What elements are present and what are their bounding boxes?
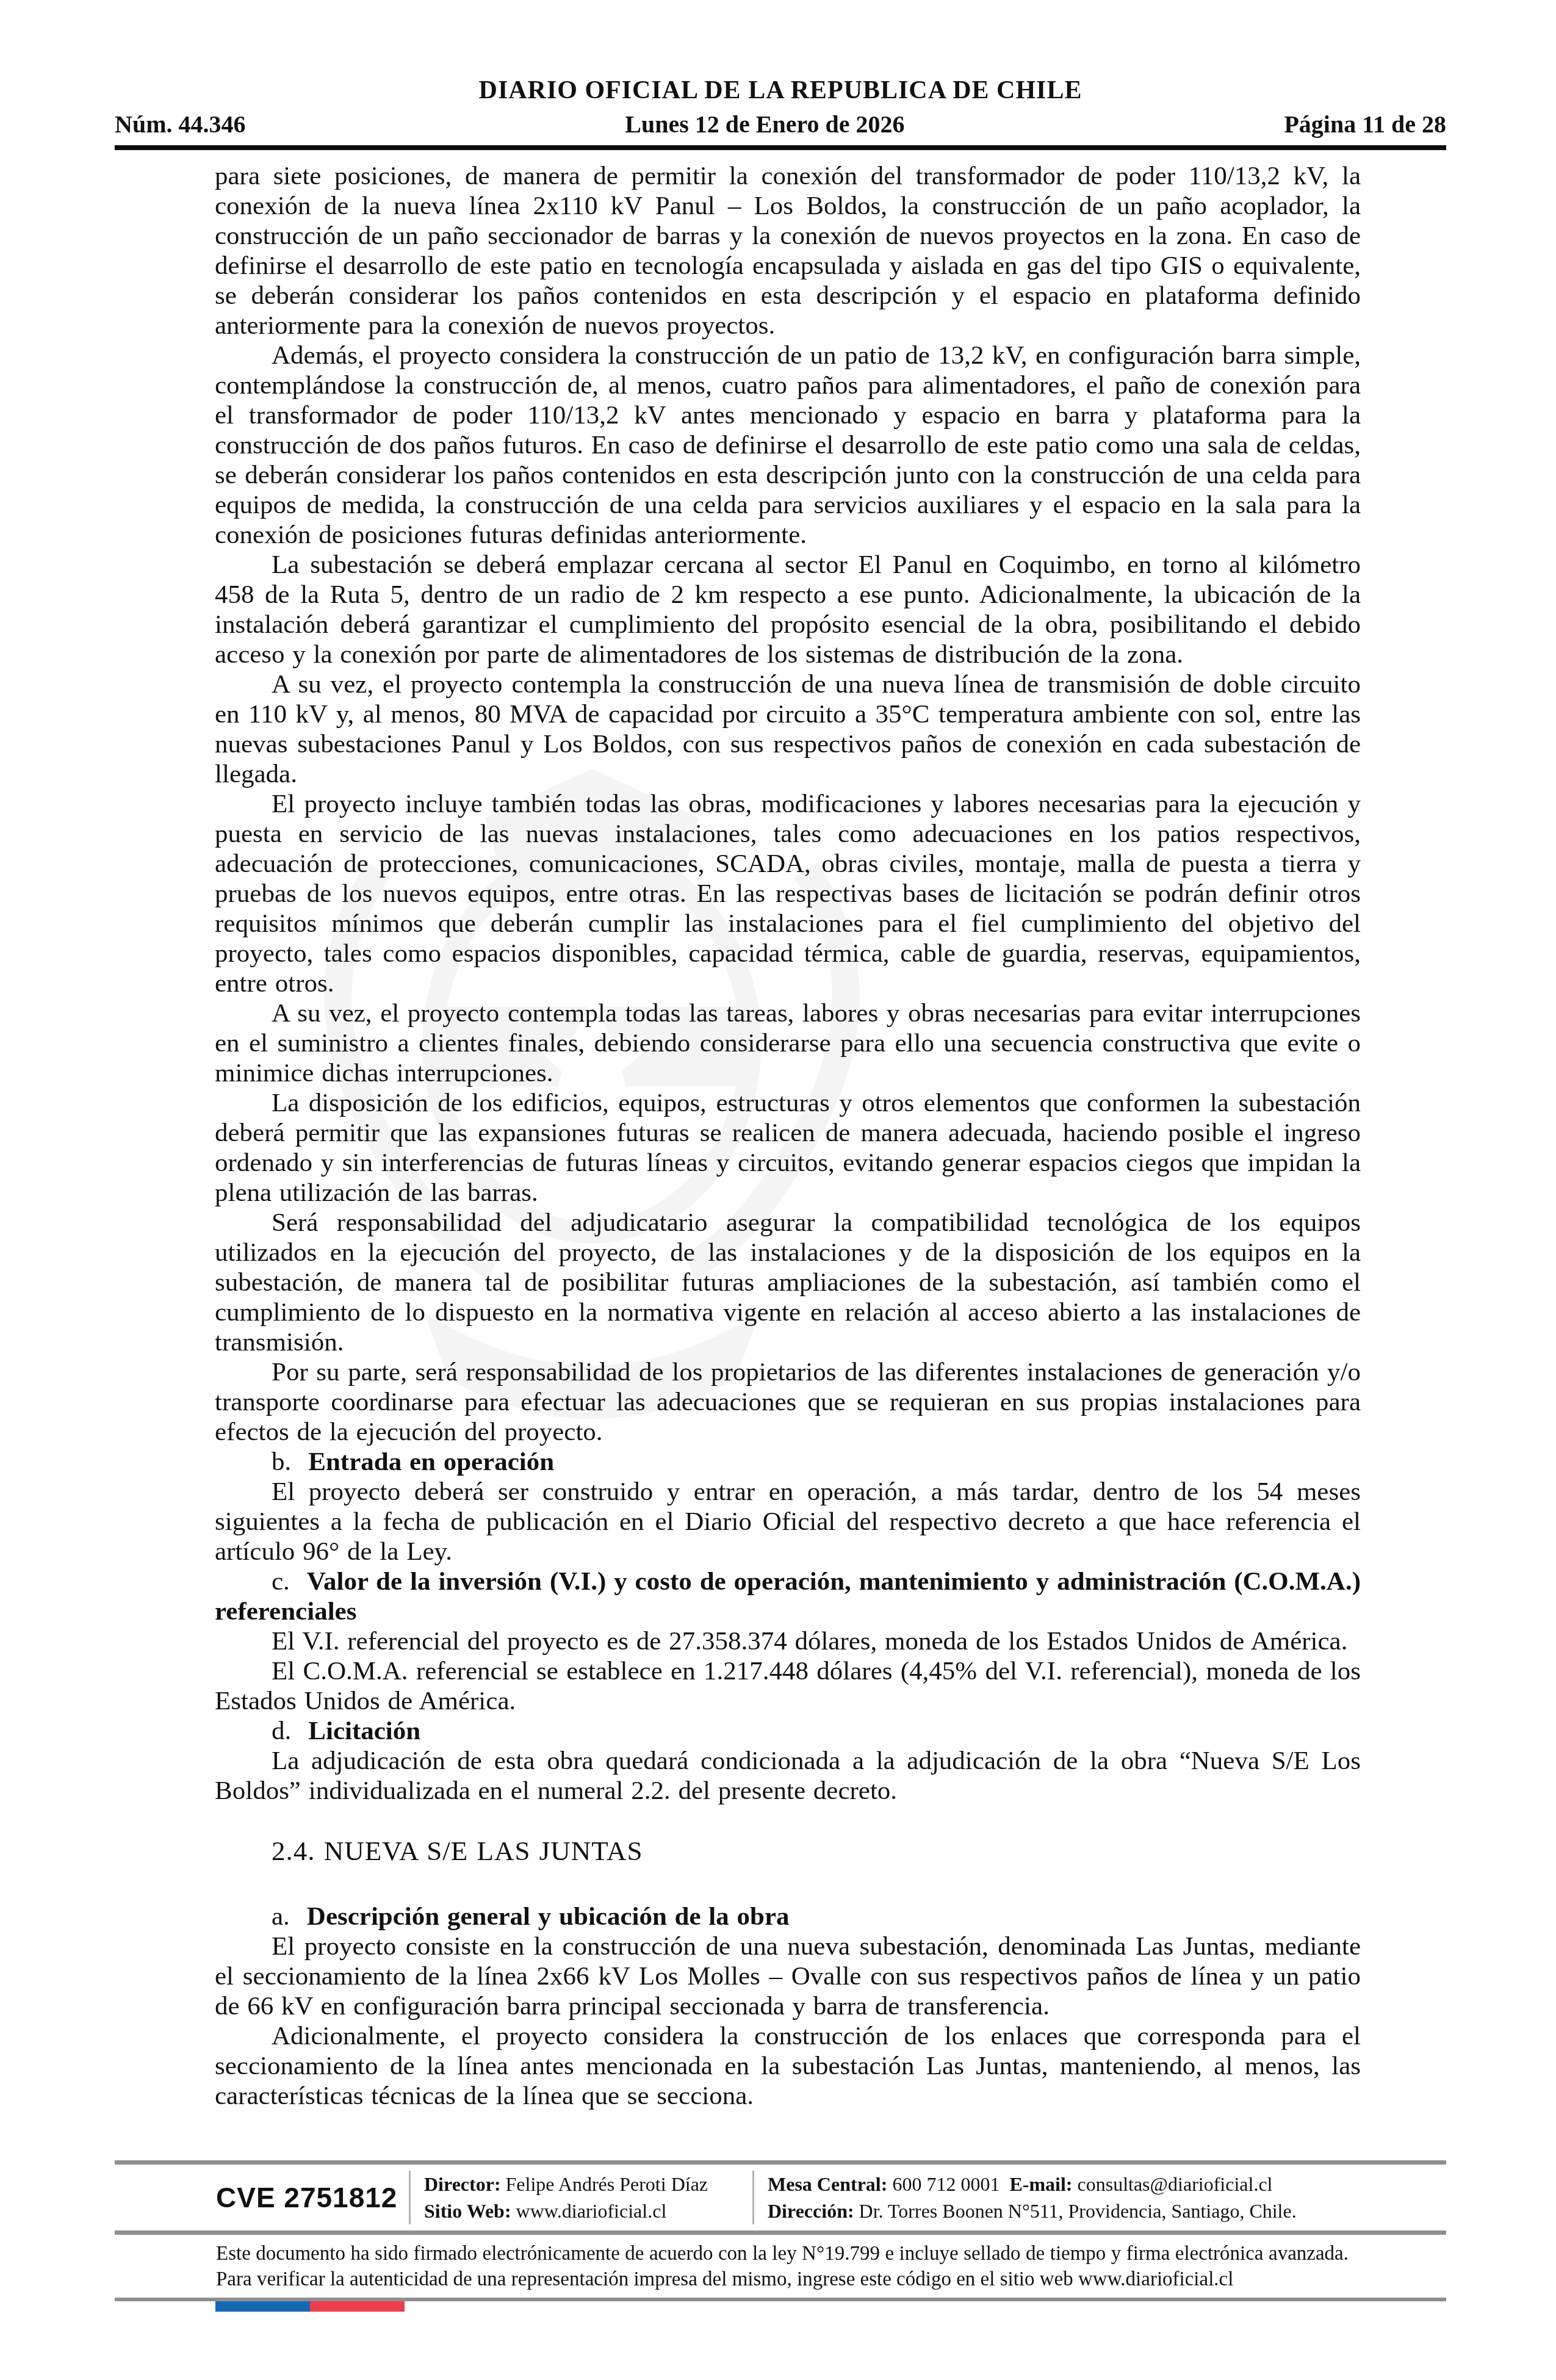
director-line: Director: Felipe Andrés Peroti Díaz — [424, 2171, 752, 2198]
heading-title: Descripción general y ubicación de la ob… — [307, 1902, 790, 1931]
heading-title: Entrada en operación — [308, 1448, 554, 1476]
phone-label: Mesa Central: — [768, 2173, 887, 2195]
footer-info-row: CVE 2751812 Director: Felipe Andrés Pero… — [115, 2165, 1446, 2230]
heading-letter: b. — [272, 1448, 291, 1476]
body-paragraph: La subestación se deberá emplazar cercan… — [215, 550, 1361, 669]
section-heading-2-4: 2.4. NUEVA S/E LAS JUNTAS — [215, 1836, 1361, 1866]
website-label: Sitio Web: — [424, 2200, 511, 2222]
footer-divider-middle — [115, 2230, 1446, 2235]
body-paragraph: A su vez, el proyecto contempla todas la… — [215, 998, 1361, 1088]
email-value: consultas@diarioficial.cl — [1077, 2173, 1272, 2195]
header-divider-rule — [115, 145, 1446, 150]
body-paragraph: A su vez, el proyecto contempla la const… — [215, 669, 1361, 789]
heading-title: Licitación — [308, 1717, 420, 1745]
body-paragraph: El C.O.M.A. referencial se establece en … — [215, 1656, 1361, 1716]
body-paragraph: El proyecto incluye también todas las ob… — [215, 789, 1361, 998]
heading-letter: a. — [272, 1902, 290, 1931]
page-header: DIARIO OFICIAL DE LA REPUBLICA DE CHILE … — [115, 74, 1446, 150]
phone-value: 600 712 0001 — [892, 2173, 1000, 2195]
director-value: Felipe Andrés Peroti Díaz — [506, 2173, 708, 2195]
body-paragraph: El V.I. referencial del proyecto es de 2… — [215, 1626, 1361, 1656]
address-label: Dirección: — [768, 2200, 854, 2222]
email-label: E-mail: — [1009, 2173, 1072, 2195]
subsection-heading-d: d.Licitación — [215, 1716, 1361, 1746]
director-label: Director: — [424, 2173, 501, 2195]
subsection-heading-c: c.Valor de la inversión (V.I.) y costo d… — [215, 1567, 1361, 1626]
body-paragraph: El proyecto deberá ser construido y entr… — [215, 1477, 1361, 1567]
signature-disclaimer: Este documento ha sido firmado electróni… — [216, 2241, 1349, 2292]
body-paragraph: El proyecto consiste en la construcción … — [215, 1931, 1361, 2021]
heading-title: Valor de la inversión (V.I.) y costo de … — [215, 1567, 1361, 1626]
body-paragraph: La disposición de los edificios, equipos… — [215, 1088, 1361, 1208]
body-paragraph: Por su parte, será responsabilidad de lo… — [215, 1357, 1361, 1447]
body-paragraph: para siete posiciones, de manera de perm… — [215, 161, 1361, 341]
body-paragraph: Además, el proyecto considera la constru… — [215, 341, 1361, 550]
issue-number: Núm. 44.346 — [115, 110, 245, 139]
address-line: Dirección: Dr. Torres Boonen N°511, Prov… — [768, 2198, 1446, 2224]
subsection-heading-b: b.Entrada en operación — [215, 1447, 1361, 1477]
address-value: Dr. Torres Boonen N°511, Providencia, Sa… — [859, 2200, 1297, 2222]
document-page: DIARIO OFICIAL DE LA REPUBLICA DE CHILE … — [0, 0, 1556, 2380]
page-footer: CVE 2751812 Director: Felipe Andrés Pero… — [115, 2160, 1446, 2312]
body-paragraph: Será responsabilidad del adjudicatario a… — [215, 1208, 1361, 1357]
masthead-row: Núm. 44.346 Lunes 12 de Enero de 2026 Pá… — [115, 110, 1446, 139]
chile-flag-mark — [215, 2301, 405, 2312]
website-value: www.diarioficial.cl — [516, 2200, 667, 2222]
footer-contact-block: Mesa Central: 600 712 0001 E-mail: consu… — [754, 2171, 1446, 2224]
flag-red-block — [310, 2301, 405, 2312]
publication-date: Lunes 12 de Enero de 2026 — [625, 110, 904, 139]
page-indicator: Página 11 de 28 — [1284, 110, 1446, 139]
body-paragraph: Adicionalmente, el proyecto considera la… — [215, 2021, 1361, 2111]
decree-body: para siete posiciones, de manera de perm… — [215, 161, 1361, 2111]
phone-email-line: Mesa Central: 600 712 0001 E-mail: consu… — [768, 2171, 1446, 2198]
footer-divider-top — [115, 2160, 1446, 2165]
flag-blue-block — [215, 2301, 310, 2312]
publication-title: DIARIO OFICIAL DE LA REPUBLICA DE CHILE — [115, 74, 1446, 106]
cve-code: CVE 2751812 — [216, 2181, 409, 2214]
heading-letter: d. — [272, 1717, 291, 1745]
subsection-heading-a: a.Descripción general y ubicación de la … — [215, 1902, 1361, 1931]
heading-letter: c. — [272, 1567, 290, 1596]
website-line: Sitio Web: www.diarioficial.cl — [424, 2198, 752, 2224]
footer-director-block: Director: Felipe Andrés Peroti Díaz Siti… — [411, 2171, 752, 2224]
body-paragraph: La adjudicación de esta obra quedará con… — [215, 1746, 1361, 1806]
